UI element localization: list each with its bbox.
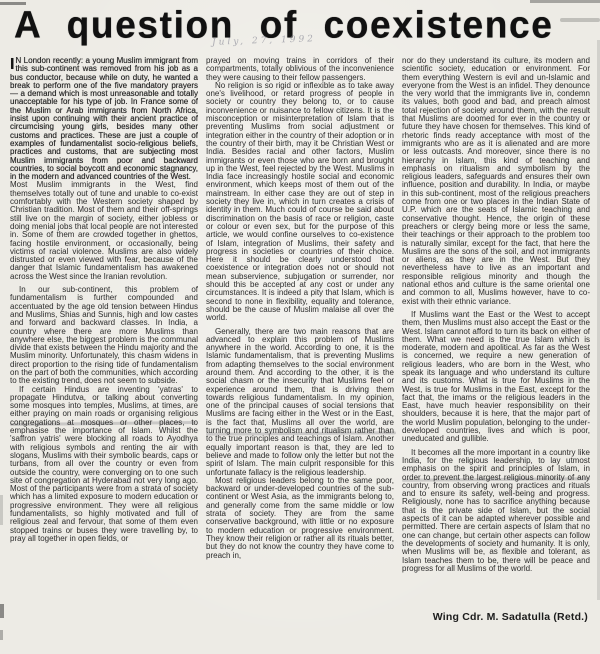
paragraph: If certain Hindus are inventing 'yatras'… <box>10 386 198 544</box>
paragraph: Generally, there are two main reasons th… <box>206 328 394 477</box>
byline: Wing Cdr. M. Sadatulla (Retd.) <box>433 611 588 623</box>
scan-artifact <box>0 630 3 640</box>
paragraph-text: N London recently: a young Muslim immigr… <box>10 57 198 181</box>
paragraph: If Muslims want the East or the West to … <box>402 311 590 444</box>
scan-artifact <box>0 604 4 618</box>
paragraph: prayed on moving trains in corridors of … <box>206 57 394 82</box>
scan-artifact <box>0 495 3 525</box>
paragraph: Most Muslim immigrants in the West, find… <box>10 181 198 281</box>
article-column-1: IN London recently: a young Muslim immig… <box>10 57 198 639</box>
paragraph: Most religious leaders belong to the sam… <box>206 477 394 560</box>
paragraph: It becomes all the more important in a c… <box>402 449 590 573</box>
article-column-2: prayed on moving trains in corridors of … <box>206 57 394 639</box>
paragraph: IN London recently: a young Muslim immig… <box>10 57 198 181</box>
scan-artifact <box>530 0 600 3</box>
paragraph: No religion is so rigid or inflexible as… <box>206 82 394 323</box>
paragraph: nor do they understand its culture, its … <box>402 57 590 306</box>
paragraph: In our sub-continent, this problem of fu… <box>10 286 198 386</box>
article-column-3: nor do they understand its culture, its … <box>402 57 590 639</box>
